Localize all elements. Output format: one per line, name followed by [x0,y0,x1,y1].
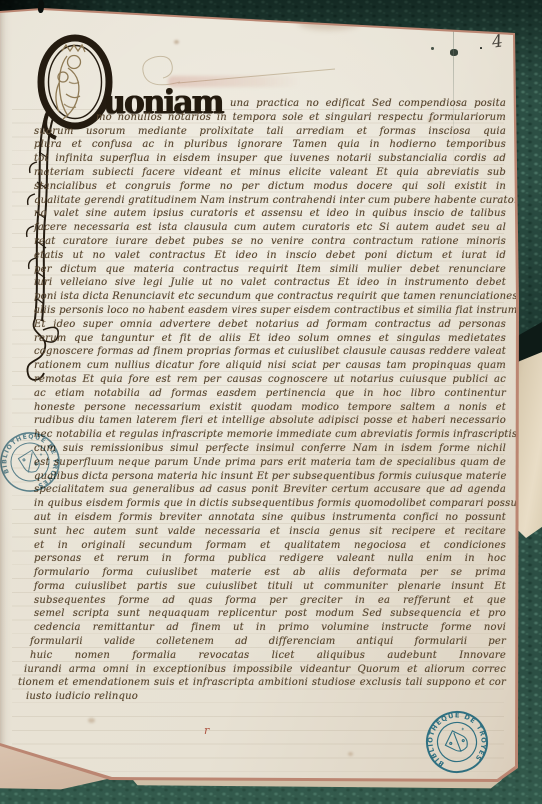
manuscript-line: qualibus dicta persona materia hic insun… [34,470,506,484]
troyes-shield-icon [445,731,470,754]
manuscript-line: etatis ut no valet contractus Et ideo in… [34,249,506,263]
stamp-separator: * [461,727,468,732]
manuscript-line: subsequentes forme ad quas forma per gre… [34,594,506,608]
manuscript-line: Et ideo super omnia advertere debet nota… [34,318,506,332]
manuscript-line: huic nomen formalia revocatas licet aliq… [30,649,506,663]
manuscript-line: rerum que tanguntur et fit de aliis Et i… [34,332,506,346]
library-stamp-bottom-right: BIBLIOTHEQUE DE TROYES * [424,709,490,775]
parchment-page: 4 [0,0,542,804]
ink-speck [480,47,482,49]
library-stamp-left: BIBLIOTHEQUE DE TROYES * [0,430,62,494]
manuscript-line: rudibus diu tamen laterem fieri et intel… [34,414,506,428]
svg-text:BIBLIOTHEQUE DE TROYES: BIBLIOTHEQUE DE TROYES [0,430,62,494]
manuscript-line: aliis personis loco no habent easdem vir… [34,304,506,318]
manuscript-line: cedencia remittantur ad finem ut in prim… [34,621,506,635]
foxing-spot [174,40,179,44]
manuscript-line: cognoscere formas ad finem proprias form… [34,345,506,359]
manuscript-line: et in originali secundum formam et quali… [34,539,506,553]
manuscript-line: forma cuiuslibet partis sue cuiuslibet t… [34,580,506,594]
manuscript-line: cum suis remissionibus simul perfecte in… [34,442,506,456]
manuscript-line: suorum usorum mediante prolixitate tali … [34,125,506,139]
manuscript-line: rationem cum nullius dicatur fore aliqui… [34,359,506,373]
manuscript-line: personas et rerum in forma publica redig… [34,552,506,566]
manuscript-line: ac etiam notabilia ad formas easdem pert… [34,387,506,401]
manuscript-line: plura et confusa ac in pluribus ignorare… [34,138,506,152]
manuscript-line: sunt hec autem sunt valde necessaria et … [34,525,506,539]
manuscript-line: no valet sine autem ipsius curatoris et … [34,207,506,221]
manuscript-line: aut in eisdem formis breviter annotata s… [34,511,506,525]
ink-speck [431,47,434,50]
manuscript-line: formularii valide colletenem ad differen… [30,635,506,649]
manuscript-line: mo nonullos notarios in tempora sole et … [34,111,506,125]
show-through-band [168,76,300,87]
folio-number: 4 [490,31,503,52]
manuscript-line: qualitate gerendi gratitudinem Nam instr… [34,194,506,208]
red-letter-mark: r [204,724,209,737]
manuscript-line: facere necessaria est ista clausula cum … [34,221,506,235]
manuscript-line: per dictum que materia contractus requir… [34,263,506,277]
manuscript-line: iusto iudicio relinquo [26,690,506,704]
manuscript-line: materiam subiecti facere videant et minu… [34,166,506,180]
manuscript-line: hec notabilia et regulas infrascripte me… [34,428,506,442]
stamp-separator: * [39,452,45,459]
manuscript-line: tot infinita superflua in eisdem insuper… [34,152,506,166]
manuscript-line: poni ista dicta Renunciavit etc secundum… [34,290,506,304]
manuscript-line: in quibus eisdem formis que in dictis su… [34,497,506,511]
manuscript-line: tionem et emendationem suis et infrascri… [18,676,506,690]
manuscript-line: una practica no edificat Sed compendiosa… [34,97,506,111]
manuscript-line: est superfluum neque parum Unde prima pa… [34,456,506,470]
manuscript-line: stancialibus et congruis forme no per di… [34,180,506,194]
manuscript-photo: 4 [0,0,542,804]
manuscript-line: reat curatore iurare debet pubes se no v… [34,235,506,249]
manuscript-line: iurandi arma omni in exceptionibus impos… [24,663,506,677]
ink-speck [450,49,458,56]
manuscript-line: honeste persone necessarium existit quod… [34,401,506,415]
manuscript-line: semel scripta sunt nequaquam replicentur… [34,607,506,621]
manuscript-line: specialitatem sua generalibus ad casus p… [34,483,506,497]
manuscript-text-block: una practica no edificat Sed compendiosa… [34,97,506,704]
manuscript-line: iuri velleiano sive legi Julie ut no val… [34,276,506,290]
manuscript-line: formulario forma cuiuslibet materie est … [34,566,506,580]
manuscript-line: remotas Et quia fore est rem per causas … [34,373,506,387]
